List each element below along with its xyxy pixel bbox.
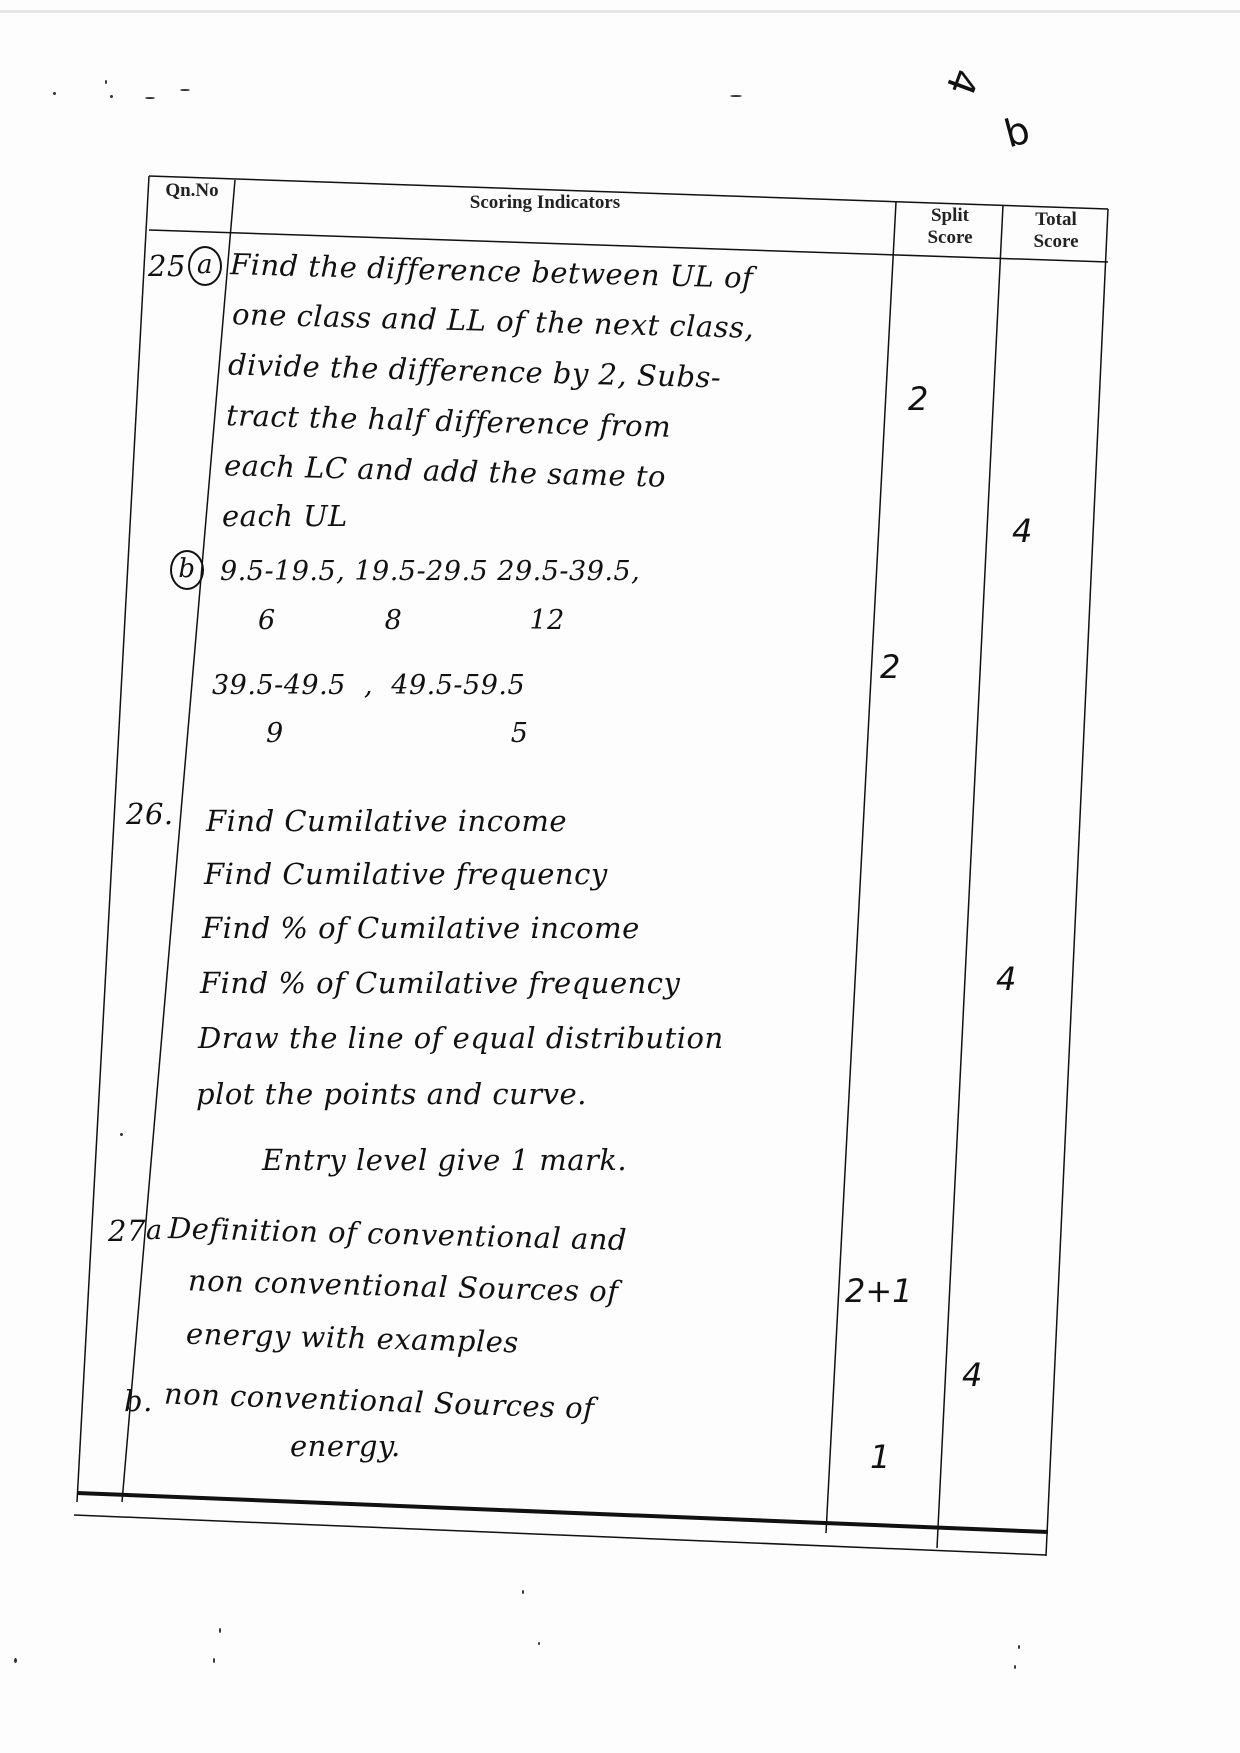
indicator-25b-line1: 9.5-19.5, 19.5-29.5 29.5-39.5, bbox=[220, 556, 640, 588]
indicator-26-line5: Draw the line of equal distribution bbox=[198, 1022, 724, 1054]
part-label-27b: b. bbox=[124, 1385, 153, 1417]
indicator-25b-line3: 39.5-49.5 , 49.5-59.5 bbox=[212, 670, 525, 702]
header-split-score-line2: Score bbox=[927, 227, 972, 248]
question-number-26: 26. bbox=[126, 798, 174, 830]
header-total-score: Total Score bbox=[1008, 209, 1104, 253]
indicator-26-line2: Find Cumilative frequency bbox=[204, 858, 608, 890]
header-scoring-indicators: Scoring Indicators bbox=[420, 192, 670, 214]
part-label-25a: a bbox=[188, 246, 224, 286]
total-score-26: 4 bbox=[996, 960, 1016, 998]
header-total-score-line1: Total bbox=[1035, 209, 1077, 230]
total-score-27: 4 bbox=[962, 1356, 982, 1394]
part-label-27a: a bbox=[146, 1215, 163, 1247]
split-score-27b: 1 bbox=[870, 1438, 890, 1476]
indicator-26-line1: Find Cumilative income bbox=[206, 805, 567, 837]
header-qn-no: Qn.No bbox=[152, 180, 232, 202]
indicator-27b-line2: energy. bbox=[290, 1430, 401, 1462]
question-number-27: 27 bbox=[108, 1215, 146, 1247]
indicator-25b-line2: 6 8 12 bbox=[258, 605, 565, 637]
question-number-25: 25 bbox=[148, 250, 186, 282]
header-split-score-line1: Split bbox=[931, 205, 969, 226]
part-label-25b: b bbox=[170, 550, 206, 590]
indicator-25a-line6: each UL bbox=[222, 500, 348, 532]
header-split-score: Split Score bbox=[903, 205, 997, 249]
split-score-25b: 2 bbox=[880, 648, 900, 686]
header-total-score-line2: Score bbox=[1033, 231, 1078, 252]
indicator-26-line6: plot the points and curve. bbox=[196, 1078, 587, 1110]
indicator-25b-line4: 9 5 bbox=[266, 718, 528, 750]
indicator-26-line3: Find % of Cumilative income bbox=[202, 912, 640, 944]
indicator-26-line7: Entry level give 1 mark. bbox=[262, 1144, 627, 1176]
split-score-27a: 2+1 bbox=[845, 1272, 913, 1310]
total-score-25: 4 bbox=[1012, 512, 1032, 550]
indicator-26-line4: Find % of Cumilative frequency bbox=[200, 967, 680, 999]
split-score-25a: 2 bbox=[908, 380, 928, 418]
